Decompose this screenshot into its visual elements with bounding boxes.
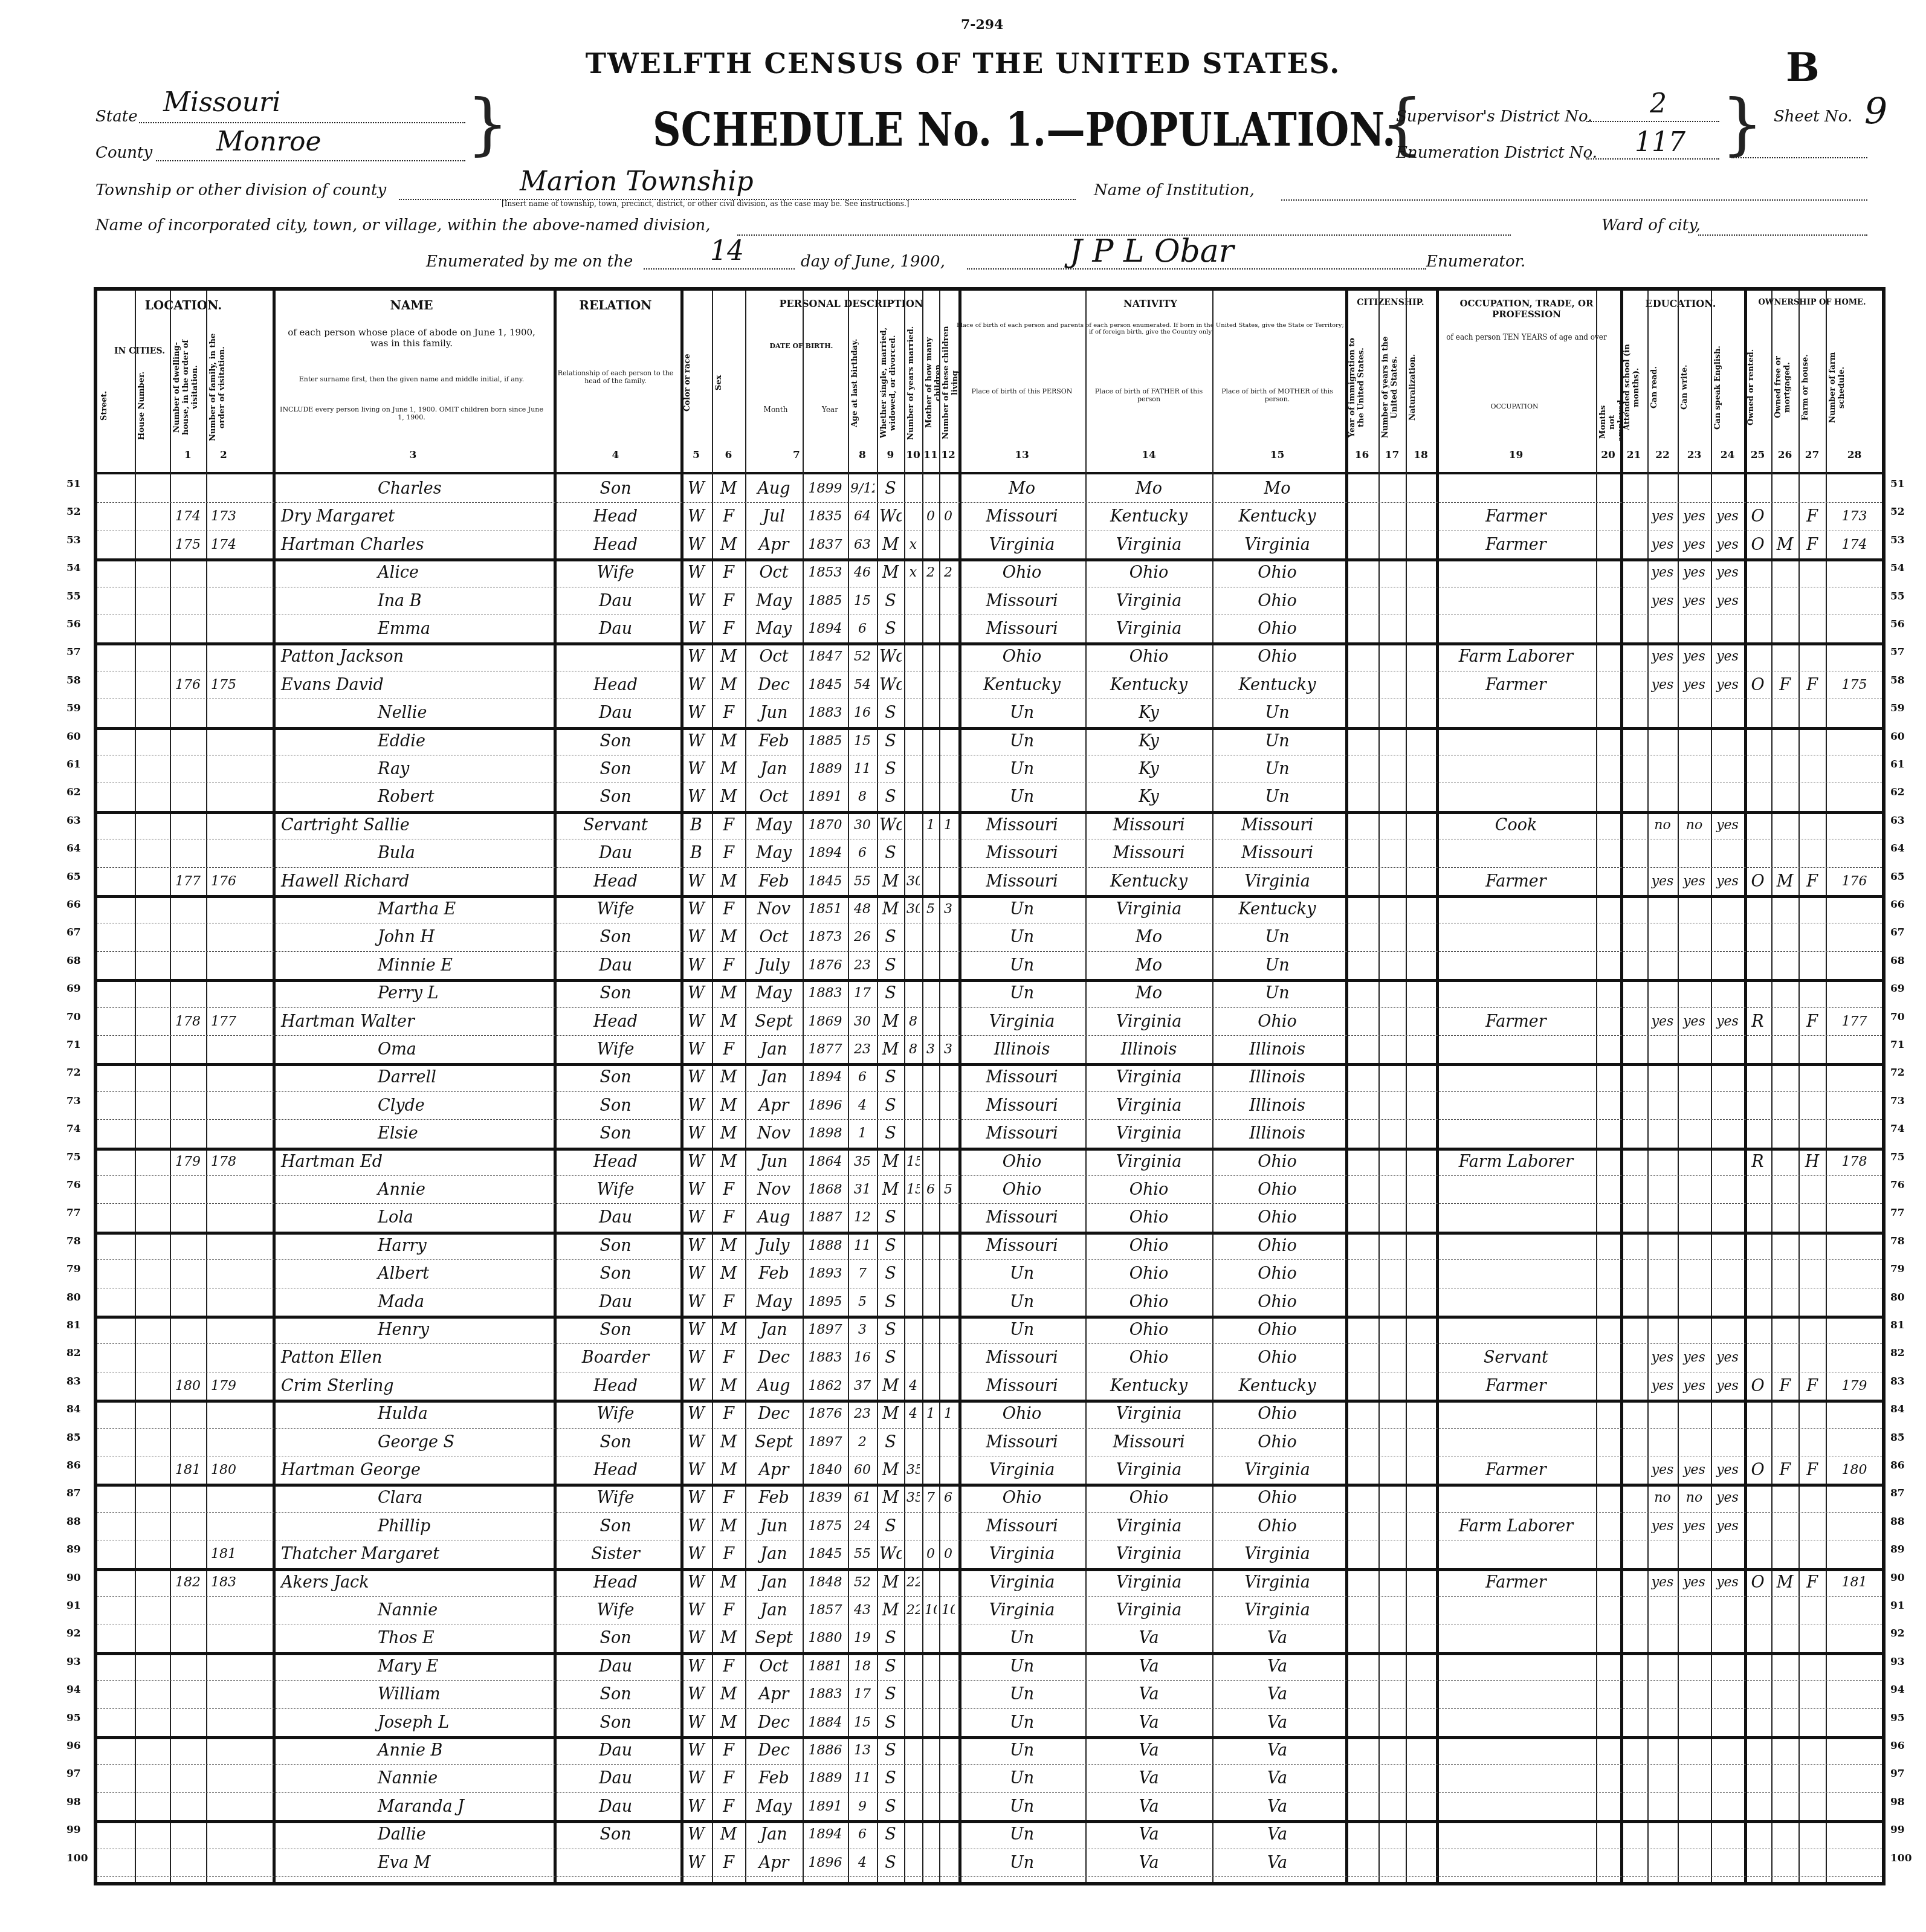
cell-mar: S (879, 700, 902, 726)
cell-ym (906, 503, 920, 529)
cell-occ: Farm Laborer (1438, 644, 1594, 670)
line-number-right: 75 (1890, 1151, 1905, 1163)
line-number-right: 88 (1890, 1516, 1905, 1528)
cell-bf: Virginia (1088, 588, 1210, 614)
cell-year: 1840 (805, 1457, 845, 1483)
cell-read: yes (1650, 1457, 1675, 1483)
cell-write: yes (1680, 588, 1708, 614)
county-label: County (95, 144, 152, 162)
cell-write (1680, 1710, 1708, 1736)
relation-description: Relationship of each person to the head … (557, 369, 674, 385)
cell-bm: Ohio (1215, 1233, 1340, 1259)
table-row: Eva MWFApr18964SUnVaVa (97, 1849, 1882, 1877)
cell-bp: Ohio (961, 1177, 1083, 1203)
cell-ch (942, 980, 955, 1006)
line-number-right: 61 (1890, 758, 1905, 771)
cell-ym: x (906, 532, 920, 558)
cell-own: O (1747, 1457, 1769, 1483)
cell-fs: 181 (1828, 1569, 1881, 1595)
cell-ch: 0 (942, 1541, 955, 1567)
cell-bf: Mo (1088, 952, 1210, 978)
cell-read (1650, 1233, 1675, 1259)
cell-read (1650, 1177, 1675, 1203)
cell-year: 1848 (805, 1569, 845, 1595)
cell-mar: M (879, 1009, 902, 1035)
cell-ym (906, 1513, 920, 1539)
cell-own (1747, 840, 1769, 866)
enumeration-district-field[interactable]: 117 (1586, 133, 1719, 160)
cell-fs (1828, 896, 1881, 922)
cell-bm: Illinois (1215, 1036, 1340, 1062)
cell-occ (1438, 1485, 1594, 1511)
cell-fs (1828, 476, 1881, 502)
cell-name: Hartman Ed (275, 1149, 557, 1175)
cell-fam: 179 (208, 1373, 239, 1399)
cell-write (1680, 1120, 1708, 1146)
column-number-24: 24 (1711, 449, 1744, 461)
cell-eng: yes (1713, 1485, 1742, 1511)
cell-month: Aug (748, 1204, 800, 1230)
cell-occ (1438, 756, 1594, 782)
cell-eng (1713, 1093, 1742, 1119)
cell-own (1747, 1765, 1769, 1791)
cell-write (1680, 1625, 1708, 1651)
cell-fs: 177 (1828, 1009, 1881, 1035)
cell-mo (925, 1289, 937, 1315)
cell-color: W (683, 1821, 709, 1847)
line-number-right: 62 (1890, 786, 1905, 798)
cell-read (1650, 840, 1675, 866)
cell-bp: Missouri (961, 616, 1083, 642)
cell-occ (1438, 1233, 1594, 1259)
line-number-right: 78 (1890, 1235, 1905, 1247)
cell-free (1774, 896, 1796, 922)
cell-write: yes (1680, 503, 1708, 529)
cell-fh (1801, 1850, 1823, 1876)
group-citizenship: CITIZENSHIP. (1345, 298, 1436, 308)
cell-bf: Ohio (1088, 1177, 1210, 1203)
cell-bp: Ohio (961, 1485, 1083, 1511)
cell-month: Oct (748, 924, 800, 950)
cell-bf: Ohio (1088, 1317, 1210, 1343)
column-number-2: 2 (206, 449, 241, 461)
cell-rel (556, 1850, 675, 1876)
cell-year: 1891 (805, 1794, 845, 1820)
cell-dw (172, 1289, 204, 1315)
line-number-left: 68 (66, 955, 81, 967)
cell-write (1680, 476, 1708, 502)
cell-mo: 0 (925, 503, 937, 529)
cell-read (1650, 1765, 1675, 1791)
cell-sex: M (714, 1120, 743, 1146)
cell-bf: Ohio (1088, 1485, 1210, 1511)
cell-sex: M (714, 1569, 743, 1595)
cell-write (1680, 1429, 1708, 1455)
cell-color: W (683, 1317, 709, 1343)
cell-fam (208, 1429, 239, 1455)
cell-fs (1828, 952, 1881, 978)
cell-bm: Missouri (1215, 812, 1340, 838)
cell-ym (906, 1765, 920, 1791)
cell-mar: Wd (879, 644, 902, 670)
cell-bm: Virginia (1215, 1597, 1340, 1623)
cell-sex: F (714, 1036, 743, 1062)
cell-occ (1438, 840, 1594, 866)
cell-dw (172, 1064, 204, 1090)
cell-ch: 10 (942, 1597, 955, 1623)
cell-rel: Dau (556, 1794, 675, 1820)
cell-ym: 8 (906, 1009, 920, 1035)
column-number-13: 13 (958, 449, 1085, 461)
cell-dw (172, 896, 204, 922)
cell-free (1774, 1597, 1796, 1623)
cell-age: 4 (850, 1850, 874, 1876)
cell-year: 1896 (805, 1850, 845, 1876)
cell-fam (208, 1625, 239, 1651)
cell-mar: M (879, 1373, 902, 1399)
cell-eng (1713, 728, 1742, 754)
cell-mar: S (879, 476, 902, 502)
cell-occ (1438, 952, 1594, 978)
cell-bf: Kentucky (1088, 503, 1210, 529)
cell-month: Apr (748, 1093, 800, 1119)
cell-color: W (683, 1373, 709, 1399)
cell-occ (1438, 1093, 1594, 1119)
cell-year: 1884 (805, 1710, 845, 1736)
cell-fam (208, 1401, 239, 1427)
cell-color: B (683, 812, 709, 838)
cell-bm: Va (1215, 1765, 1340, 1791)
line-number-left: 55 (66, 590, 81, 603)
cell-fam: 180 (208, 1457, 239, 1483)
cell-read (1650, 1261, 1675, 1287)
cell-fam (208, 1850, 239, 1876)
cell-mar: S (879, 1317, 902, 1343)
cell-rel: Son (556, 1710, 675, 1736)
cell-read: yes (1650, 1373, 1675, 1399)
cell-fam (208, 812, 239, 838)
cell-eng (1713, 1120, 1742, 1146)
cell-mo (925, 532, 937, 558)
cell-rel: Son (556, 1625, 675, 1651)
cell-ch: 0 (942, 503, 955, 529)
cell-eng: yes (1713, 1009, 1742, 1035)
cell-eng (1713, 1177, 1742, 1203)
cell-year: 1873 (805, 924, 845, 950)
cell-ch: 1 (942, 812, 955, 838)
cell-bm: Ohio (1215, 644, 1340, 670)
county-value: Monroe (216, 126, 321, 157)
cell-ch (942, 1569, 955, 1595)
cell-bf: Virginia (1088, 1009, 1210, 1035)
cell-mar: S (879, 1850, 902, 1876)
cell-month: Jan (748, 1036, 800, 1062)
cell-fam (208, 1289, 239, 1315)
cell-dw (172, 1653, 204, 1679)
cell-age: 24 (850, 1513, 874, 1539)
line-number-left: 60 (66, 731, 81, 743)
cell-fam (208, 1765, 239, 1791)
cell-bf: Illinois (1088, 1036, 1210, 1062)
group-relation: RELATION (554, 298, 677, 312)
cell-eng (1713, 1625, 1742, 1651)
table-row: WilliamSonWMApr188317SUnVaVa (97, 1680, 1882, 1708)
cell-write (1680, 1597, 1708, 1623)
cell-free (1774, 924, 1796, 950)
cell-fam: 175 (208, 672, 239, 698)
cell-mar: M (879, 1177, 902, 1203)
table-row: NannieDauWFFeb188911SUnVaVa (97, 1764, 1882, 1792)
cell-fam (208, 1261, 239, 1287)
enumerated-prefix: Enumerated by me on the (426, 253, 633, 271)
cell-age: 52 (850, 644, 874, 670)
cell-write (1680, 1401, 1708, 1427)
cell-write: yes (1680, 1373, 1708, 1399)
table-row: Mary EDauWFOct188118SUnVaVa (97, 1652, 1882, 1681)
cell-bf: Kentucky (1088, 672, 1210, 698)
cell-bf: Va (1088, 1794, 1210, 1820)
cell-mar: S (879, 980, 902, 1006)
city-label: Name of incorporated city, town, or vill… (95, 216, 711, 234)
line-number-left: 77 (66, 1207, 81, 1219)
cell-fh (1801, 476, 1823, 502)
cell-fs: 176 (1828, 868, 1881, 894)
cell-ch (942, 952, 955, 978)
cell-month: Feb (748, 728, 800, 754)
cell-fs (1828, 1093, 1881, 1119)
cell-color: W (683, 672, 709, 698)
cell-rel: Head (556, 1569, 675, 1595)
cell-bm: Ohio (1215, 588, 1340, 614)
cell-write: yes (1680, 868, 1708, 894)
cell-occ (1438, 1850, 1594, 1876)
cell-own (1747, 1597, 1769, 1623)
cell-bp: Missouri (961, 840, 1083, 866)
column-number-18: 18 (1406, 449, 1436, 461)
cell-occ: Cook (1438, 812, 1594, 838)
cell-dw (172, 1036, 204, 1062)
cell-bm: Ohio (1215, 1513, 1340, 1539)
cell-age: 23 (850, 1036, 874, 1062)
cell-rel: Servant (556, 812, 675, 838)
cell-bm: Ohio (1215, 560, 1340, 586)
column-number-16: 16 (1345, 449, 1378, 461)
cell-year: 1886 (805, 1737, 845, 1763)
cell-rel: Dau (556, 616, 675, 642)
cell-free: F (1774, 672, 1796, 698)
cell-free (1774, 644, 1796, 670)
county-field[interactable]: Monroe (156, 130, 465, 161)
cell-color: W (683, 868, 709, 894)
enumerated-day-field[interactable]: 14 (644, 242, 795, 270)
cell-eng: yes (1713, 503, 1742, 529)
cell-own: O (1747, 1569, 1769, 1595)
cell-mar: S (879, 588, 902, 614)
cell-ym (906, 476, 920, 502)
cell-bf: Ohio (1088, 1204, 1210, 1230)
cell-bp: Missouri (961, 868, 1083, 894)
cell-eng (1713, 1850, 1742, 1876)
cell-ch (942, 644, 955, 670)
cell-occ: Farmer (1438, 1373, 1594, 1399)
line-number-right: 91 (1890, 1600, 1905, 1612)
cell-fs (1828, 1036, 1881, 1062)
cell-read (1650, 1625, 1675, 1651)
cell-bm: Un (1215, 700, 1340, 726)
cell-occ (1438, 1625, 1594, 1651)
cell-ym: 15 (906, 1149, 920, 1175)
state-field[interactable]: Missouri (139, 91, 465, 123)
cell-mo: 0 (925, 1541, 937, 1567)
enumerated-suffix: day of June, 1900, (801, 253, 945, 271)
cell-ym (906, 700, 920, 726)
cell-bm: Virginia (1215, 868, 1340, 894)
brace-supervisor-right: } (1721, 91, 1763, 157)
header-free-label: Owned free or mortgaged. (1774, 333, 1796, 442)
line-number-right: 59 (1890, 702, 1905, 714)
cell-write (1680, 1541, 1708, 1567)
cell-mo: 2 (925, 560, 937, 586)
cell-bf: Virginia (1088, 1541, 1210, 1567)
cell-month: Dec (748, 1710, 800, 1736)
cell-color: W (683, 728, 709, 754)
line-number-right: 65 (1890, 871, 1905, 883)
line-number-left: 85 (66, 1432, 81, 1444)
cell-eng (1713, 1317, 1742, 1343)
cell-sex: M (714, 1317, 743, 1343)
cell-mar: S (879, 784, 902, 810)
cell-age: 15 (850, 728, 874, 754)
cell-ch (942, 1373, 955, 1399)
cell-occ (1438, 1261, 1594, 1287)
cell-own (1747, 756, 1769, 782)
cell-color: W (683, 1653, 709, 1679)
cell-ym (906, 1317, 920, 1343)
cell-read: yes (1650, 644, 1675, 670)
cell-fs (1828, 1710, 1881, 1736)
cell-year: 1857 (805, 1597, 845, 1623)
cell-year: 1885 (805, 728, 845, 754)
ward-field[interactable] (1698, 216, 1867, 236)
cell-rel: Head (556, 868, 675, 894)
cell-bf: Ohio (1088, 1289, 1210, 1315)
table-row: Annie BDauWFDec188613SUnVaVa (97, 1736, 1882, 1765)
cell-year: 1868 (805, 1177, 845, 1203)
cell-bp: Un (961, 728, 1083, 754)
table-row: 174173Dry MargaretHeadWFJul183564Wd00Mis… (97, 502, 1882, 531)
supervisor-field[interactable]: 2 (1586, 97, 1719, 122)
cell-fam (208, 1653, 239, 1679)
cell-fam (208, 560, 239, 586)
cell-bp: Missouri (961, 1204, 1083, 1230)
cell-fam (208, 1821, 239, 1847)
cell-eng: yes (1713, 560, 1742, 586)
census-title: TWELFTH CENSUS OF THE UNITED STATES. (0, 47, 1926, 80)
cell-color: W (683, 1710, 709, 1736)
line-number-right: 73 (1890, 1095, 1905, 1107)
cell-write (1680, 728, 1708, 754)
cell-read (1650, 1653, 1675, 1679)
cell-ym (906, 1064, 920, 1090)
table-row: 178177Hartman WalterHeadWMSept186930M8Vi… (97, 1007, 1882, 1036)
township-note: [Insert name of township, town, precinct… (502, 199, 910, 208)
cell-bm: Ohio (1215, 1177, 1340, 1203)
line-number-left: 59 (66, 702, 81, 714)
cell-year: 1887 (805, 1204, 845, 1230)
cell-write: no (1680, 1485, 1708, 1511)
cell-bf: Missouri (1088, 1429, 1210, 1455)
cell-rel: Head (556, 1149, 675, 1175)
cell-dw (172, 1681, 204, 1707)
cell-fam: 178 (208, 1149, 239, 1175)
cell-fh (1801, 1541, 1823, 1567)
cell-mar: S (879, 1737, 902, 1763)
group-occupation: OCCUPATION, TRADE, OR PROFESSION (1436, 298, 1617, 320)
header-dw-label: Number of dwelling-house, in the order o… (172, 333, 204, 442)
cell-ch (942, 840, 955, 866)
cell-mo: 10 (925, 1597, 937, 1623)
cell-fh: F (1801, 503, 1823, 529)
line-number-left: 96 (66, 1740, 81, 1752)
cell-mar: S (879, 1653, 902, 1679)
cell-ym (906, 756, 920, 782)
cell-bf: Virginia (1088, 1457, 1210, 1483)
cell-rel: Son (556, 1821, 675, 1847)
institution-field[interactable] (1281, 181, 1867, 201)
cell-own (1747, 616, 1769, 642)
cell-fam (208, 980, 239, 1006)
cell-occ (1438, 1317, 1594, 1343)
cell-bp: Un (961, 1681, 1083, 1707)
line-number-right: 69 (1890, 983, 1905, 995)
cell-bp: Un (961, 980, 1083, 1006)
cell-own (1747, 1233, 1769, 1259)
cell-mar: M (879, 1597, 902, 1623)
cell-age: 4 (850, 1093, 874, 1119)
cell-ym (906, 1653, 920, 1679)
line-number-right: 74 (1890, 1123, 1905, 1135)
cell-fam (208, 1064, 239, 1090)
cell-bm: Kentucky (1215, 503, 1340, 529)
cell-write: yes (1680, 1569, 1708, 1595)
cell-mo (925, 1821, 937, 1847)
line-number-right: 96 (1890, 1740, 1905, 1752)
cell-fam: 177 (208, 1009, 239, 1035)
cell-fh (1801, 728, 1823, 754)
enumerator-signature-field[interactable]: J P L Obar (967, 242, 1426, 270)
cell-sex: F (714, 503, 743, 529)
cell-year: 1845 (805, 672, 845, 698)
header-fs-label: Number of farm schedule. (1828, 333, 1881, 442)
cell-free (1774, 1681, 1796, 1707)
cell-color: W (683, 1093, 709, 1119)
line-number-left: 53 (66, 534, 81, 546)
occupation-column-label: OCCUPATION (1436, 402, 1593, 410)
sheet-underline (1731, 151, 1867, 158)
township-field[interactable]: Marion Township (399, 172, 1076, 200)
table-row: John HSonWMOct187326SUnMoUn (97, 923, 1882, 951)
cell-fh (1801, 1317, 1823, 1343)
cell-fs: 180 (1828, 1457, 1881, 1483)
cell-read (1650, 1204, 1675, 1230)
cell-read (1650, 952, 1675, 978)
cell-age: 23 (850, 952, 874, 978)
cell-bf: Va (1088, 1653, 1210, 1679)
cell-color: W (683, 588, 709, 614)
brace-left: } (467, 91, 509, 157)
cell-sex: M (714, 1149, 743, 1175)
cell-free (1774, 1204, 1796, 1230)
